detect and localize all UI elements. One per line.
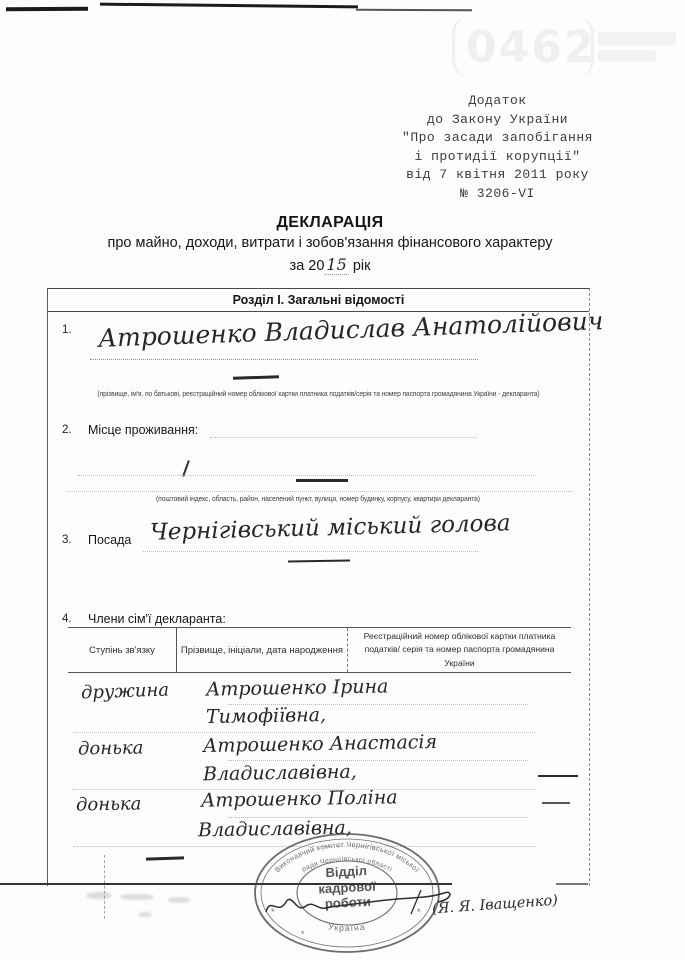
family-table: Ступінь зв'язку Прізвище, ініціали, дата… xyxy=(68,627,571,673)
scan-artifact-line xyxy=(100,3,358,9)
residence-label: Місце проживання: xyxy=(88,423,198,437)
dash-mark xyxy=(233,375,279,379)
item1-number: 1. xyxy=(62,324,72,336)
handwritten-year: 15 xyxy=(324,255,348,275)
family-members-label: Члени сім'ї декларанта: xyxy=(88,612,226,626)
dash-mark xyxy=(538,775,578,777)
law-reference-line: № 3206-VI xyxy=(330,185,665,204)
blank-line xyxy=(90,359,478,360)
year-prefix: за 20 xyxy=(290,258,325,274)
bottom-rule-fragment xyxy=(556,883,588,885)
table-header-taxid: Реєстраційний номер облікової картки пла… xyxy=(348,628,571,672)
declaration-subtitle: про майно, доходи, витрати і зобов'язанн… xyxy=(15,235,645,251)
blank-line xyxy=(210,437,476,438)
law-reference-line: до Закону України xyxy=(330,111,665,130)
handwritten-declarant-name: Атрошенко Владислав Анатолійович xyxy=(98,306,604,353)
smudge-marks xyxy=(120,894,154,900)
handwritten-relation: донька xyxy=(76,793,142,815)
year-suffix: рік xyxy=(353,258,371,274)
smudge-marks xyxy=(168,897,190,903)
handwritten-position: Чернігівський міський голова xyxy=(150,510,511,545)
position-label: Посада xyxy=(88,533,131,547)
item2-number: 2. xyxy=(62,424,72,436)
scan-artifact-line xyxy=(6,7,88,12)
handwritten-family-name: Тимофіївна, xyxy=(206,704,326,728)
item1-caption: (прізвище, ім'я, по батькові, реєстрацій… xyxy=(61,391,577,398)
smudge-marks xyxy=(138,912,152,917)
watermark-tagline-blur xyxy=(598,32,676,45)
fold-mark xyxy=(104,855,105,919)
handwritten-family-name: Атрошенко Ірина xyxy=(206,675,389,700)
law-reference-line: Додаток xyxy=(330,92,665,111)
dash-mark xyxy=(296,479,348,482)
smudge-marks xyxy=(86,892,112,899)
item3-number: 3. xyxy=(62,534,72,546)
table-header-name: Прізвище, ініціали, дата народження xyxy=(177,628,348,672)
handwritten-family-name: Атрошенко Поліна xyxy=(201,786,398,811)
row-guide xyxy=(228,760,528,761)
law-reference-line: від 7 квітня 2011 року xyxy=(330,166,665,185)
item2-caption: (поштовий індекс, область, район, населе… xyxy=(78,496,558,503)
law-reference-block: Додаток до Закону України "Про засади за… xyxy=(330,92,665,203)
item4-number: 4. xyxy=(62,613,72,625)
handwritten-relation: дружина xyxy=(81,679,170,703)
handwritten-relation: донька xyxy=(78,737,144,759)
underline-stroke xyxy=(288,559,350,562)
dash-mark xyxy=(542,802,570,804)
scan-artifact-line xyxy=(356,9,472,12)
handwritten-family-name: Владиславівна, xyxy=(203,761,357,786)
law-reference-line: "Про засади запобігання xyxy=(330,129,665,148)
watermark: 0462 xyxy=(466,22,596,73)
stamp-ring-text-bottom: Україна xyxy=(328,921,367,933)
form-box: Розділ I. Загальні відомості 1. Атрошенк… xyxy=(47,288,590,886)
scanned-declaration-page: 0462 Додаток до Закону України "Про заса… xyxy=(0,0,685,960)
blank-line xyxy=(143,551,478,552)
table-header-relation: Ступінь зв'язку xyxy=(68,628,177,672)
declaration-title-block: ДЕКЛАРАЦІЯ про майно, доходи, витрати і … xyxy=(15,214,645,274)
dash-mark xyxy=(146,856,184,860)
watermark-tagline-blur xyxy=(598,50,656,61)
stamp-star-icon: * xyxy=(301,929,305,939)
declaration-title: ДЕКЛАРАЦІЯ xyxy=(15,214,645,232)
handwritten-family-name: Атрошенко Анастасія xyxy=(203,731,437,757)
law-reference-line: і протидії корупції" xyxy=(330,148,665,167)
blank-line xyxy=(68,491,573,492)
blank-line xyxy=(78,475,536,476)
declaration-year-line: за 2015 рік xyxy=(15,255,645,274)
